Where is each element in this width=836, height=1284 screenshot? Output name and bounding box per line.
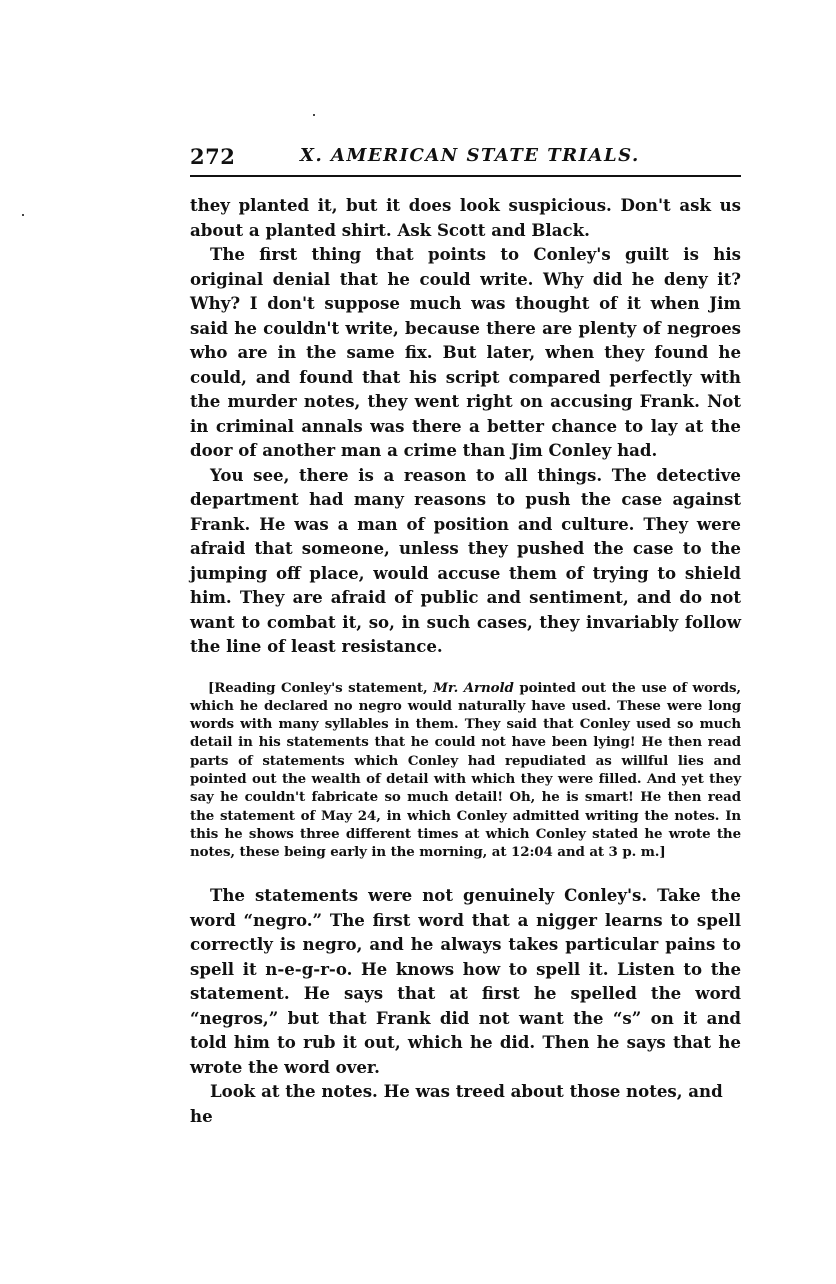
running-head: 272 X. AMERICAN STATE TRIALS.: [190, 140, 741, 172]
note-text: pointed out the use of words, which he d…: [190, 680, 741, 861]
paragraph: The first thing that points to Conley's …: [190, 242, 741, 463]
page-body: they planted it, but it does look suspic…: [190, 193, 741, 1128]
paragraph: You see, there is a reason to all things…: [190, 463, 741, 659]
page-number: 272: [190, 144, 235, 169]
note-speaker-name: Mr. Arnold: [433, 680, 514, 696]
book-page: 272 X. AMERICAN STATE TRIALS. they plant…: [190, 140, 741, 1128]
bracketed-note: [Reading Conley's statement, Mr. Arnold …: [190, 679, 741, 862]
paragraph: Look at the notes. He was treed about th…: [190, 1079, 741, 1128]
paragraph-continued: they planted it, but it does look suspic…: [190, 193, 741, 242]
scan-speck: [313, 114, 315, 116]
header-rule: [190, 175, 741, 177]
paragraph: The statements were not genuinely Conley…: [190, 883, 741, 1079]
running-title: X. AMERICAN STATE TRIALS.: [300, 145, 640, 166]
note-text: [Reading Conley's statement,: [208, 680, 433, 696]
scan-speck: [22, 214, 24, 216]
